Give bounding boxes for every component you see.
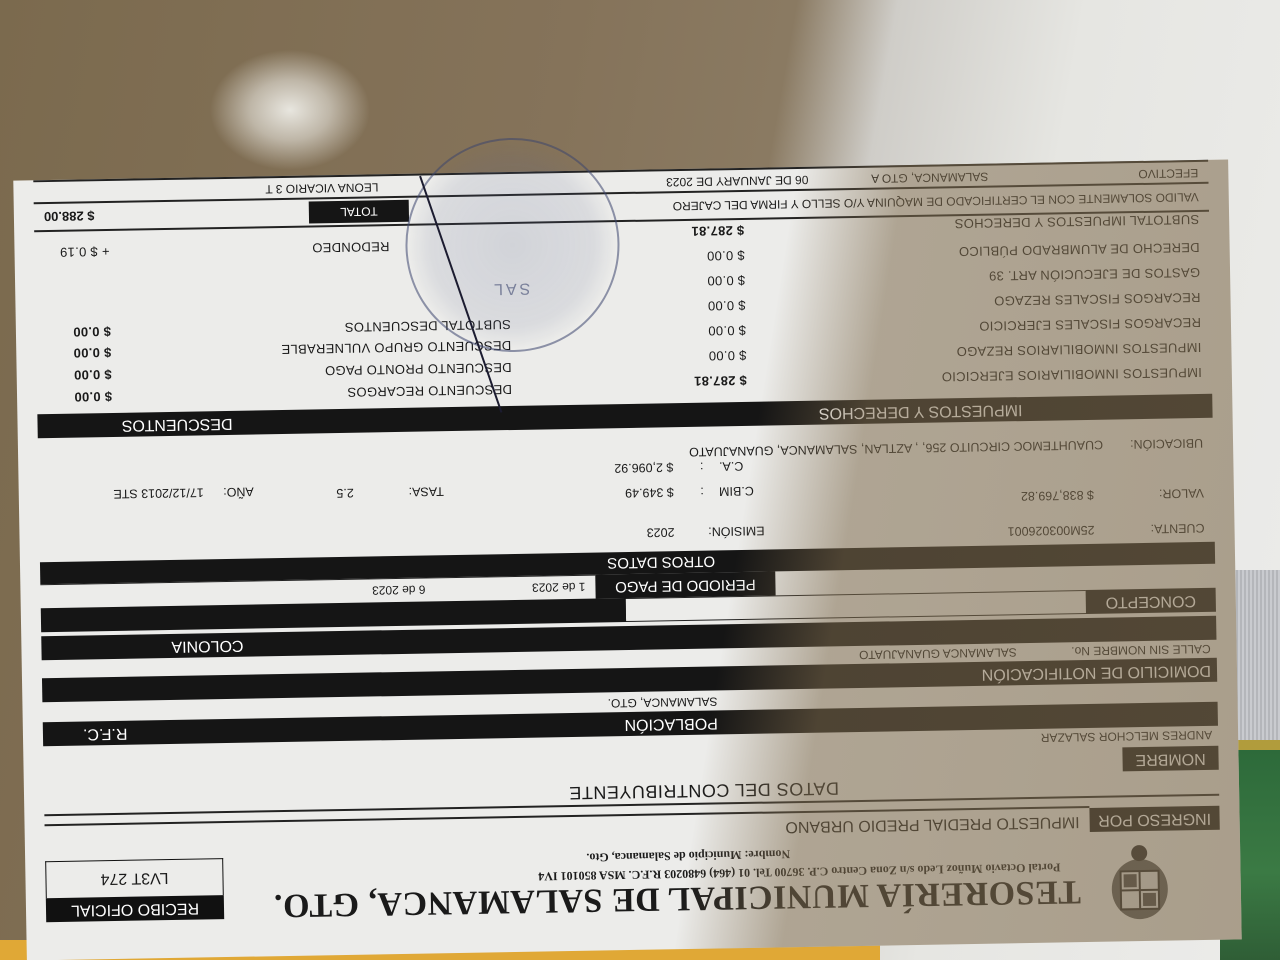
rfc-label: R.F.C. — [83, 724, 128, 743]
impuesto-item-amount: $ 0.00 — [708, 348, 746, 364]
calle-value: CALLE SIN NOMBRE No. — [1071, 642, 1211, 658]
domicilio-title: DOMICILIO DE NOTIFICACIÓN — [982, 661, 1212, 683]
impuestos-subtotal-amount: $ 287.81 — [691, 223, 744, 239]
validity-text: VALIDO SOLAMENTE CON EL CERTIFICADO DE M… — [673, 190, 1199, 213]
descuentos-title: DESCUENTOS — [122, 414, 233, 434]
ciudad-value: SALAMANCA GUANAJUATO — [859, 645, 1017, 662]
stamp-text: SAL — [491, 279, 531, 298]
total-label: TOTAL — [309, 200, 409, 224]
impuesto-item-label: RECARGOS FISCALES REZAGO — [994, 290, 1201, 309]
ubicacion-value: CUAUHTEMOC CIRCUITO 256, , AZTLAN, SALAM… — [689, 438, 1103, 459]
receipt-folio: LV3T 274 — [45, 858, 224, 898]
impuesto-item-amount: $ 0.00 — [708, 323, 746, 339]
impuesto-item-label: GASTOS DE EJECUCIÓN ART. 39 — [989, 265, 1201, 284]
cbim-value: $ 349.49 — [625, 485, 674, 500]
cuenta-label: CUENTA: — [1150, 521, 1204, 536]
impuesto-item-label: DERECHO DE ALUMBRADO PÚBLICO — [959, 240, 1200, 259]
periodo-label: PERIODO DE PAGO — [595, 571, 775, 598]
impuesto-item-label: IMPUESTOS INMOBILIARIOS EJERCICIO — [941, 365, 1202, 385]
contribuyente-title: DATOS DEL CONTRIBUYENTE — [569, 777, 840, 803]
receipt-photo: TESORERÍA MUNICIPAL DE SALAMANCA, GTO. P… — [20, 170, 1235, 950]
payment-place: SALAMANCA, GTO A — [871, 170, 988, 186]
impuestos-title: IMPUESTOS Y DERECHOS — [819, 400, 1023, 422]
colonia-label: COLONIA — [171, 636, 243, 655]
otros-datos-title: OTROS DATOS — [607, 552, 715, 571]
impuesto-item-amount: $ 0.00 — [707, 248, 745, 264]
descuento-item-amount: $ 0.00 — [73, 345, 111, 361]
periodo-hasta: 6 de 2023 — [372, 583, 426, 598]
descuento-item-amount: $ 0.00 — [74, 389, 112, 405]
tasa-value: 2.5 — [336, 486, 354, 500]
anio-value: 17/12/2013 STE — [113, 485, 204, 501]
valor-value: $ 838,769.82 — [1021, 488, 1094, 503]
receipt-label: RECIBO OFICIAL — [46, 895, 224, 922]
impuesto-item-label: IMPUESTOS INMOBILIARIOS REZAGO — [956, 340, 1201, 359]
tasa-label: TASA: — [408, 484, 443, 499]
poblacion-value: SALAMANCA, GTO. — [608, 694, 718, 710]
anio-label: AÑO: — [223, 485, 254, 500]
periodo-desde: 1 de 2023 — [532, 580, 586, 595]
cashier-name: LEONA VICARIO 3 T — [265, 180, 378, 196]
impuesto-item-amount: $ 287.81 — [694, 373, 747, 389]
valor-label: VALOR: — [1159, 486, 1204, 501]
payment-date: 06 DE JANUARY DE 2023 — [666, 173, 809, 189]
emision-value: 2023 — [647, 525, 675, 539]
cbim-label: C.BIM — [719, 484, 754, 499]
redondeo-amount: + $ 0.19 — [60, 244, 110, 260]
total-amount: $ 288.00 — [44, 208, 95, 224]
descuentos-subtotal-amount: $ 0.00 — [73, 324, 111, 340]
poblacion-label: POBLACIÓN — [624, 713, 718, 733]
cuenta-value: 25M003026001 — [1008, 523, 1095, 539]
municipal-coat-of-arms-icon — [1108, 843, 1171, 922]
payment-method: EFECTIVO — [1138, 166, 1198, 181]
ca-colon: : — [700, 460, 704, 474]
nombre-label: NOMBRE — [1122, 746, 1218, 772]
impuestos-descuentos-header-row: IMPUESTOS Y DERECHOS DESCUENTOS — [37, 394, 1212, 439]
descuento-item-amount: $ 0.00 — [74, 367, 112, 383]
emision-label: EMISIÓN: — [708, 524, 765, 539]
nombre-value: ANDRES MELCHOR SALAZAR — [1041, 728, 1213, 745]
ubicacion-label: UBICACIÓN: — [1130, 436, 1203, 451]
cbim-colon: : — [700, 485, 704, 499]
descuento-item-label: DESCUENTO RECARGOS — [347, 382, 512, 400]
redondeo-label: REDONDEO — [312, 239, 390, 255]
ca-value: $ 2,096.92 — [614, 460, 673, 475]
impuesto-item-amount: $ 0.00 — [707, 273, 745, 289]
receipt-sheet: TESORERÍA MUNICIPAL DE SALAMANCA, GTO. P… — [13, 159, 1241, 960]
ingreso-value: IMPUESTO PREDIAL PREDIO URBANO — [785, 812, 1080, 835]
ca-label: C.A. — [719, 459, 744, 473]
impuesto-item-amount: $ 0.00 — [707, 298, 745, 314]
impuesto-item-label: RECARGOS FISCALES EJERCICIO — [979, 315, 1201, 334]
receipt-header: TESORERÍA MUNICIPAL DE SALAMANCA, GTO. P… — [45, 840, 1181, 940]
ingreso-label: INGRESO POR — [1089, 806, 1219, 832]
treasury-nombre: Nombre: Municipio de Salamanca, Gto. — [586, 846, 790, 865]
concepto-label: CONCEPTO — [1086, 588, 1216, 614]
